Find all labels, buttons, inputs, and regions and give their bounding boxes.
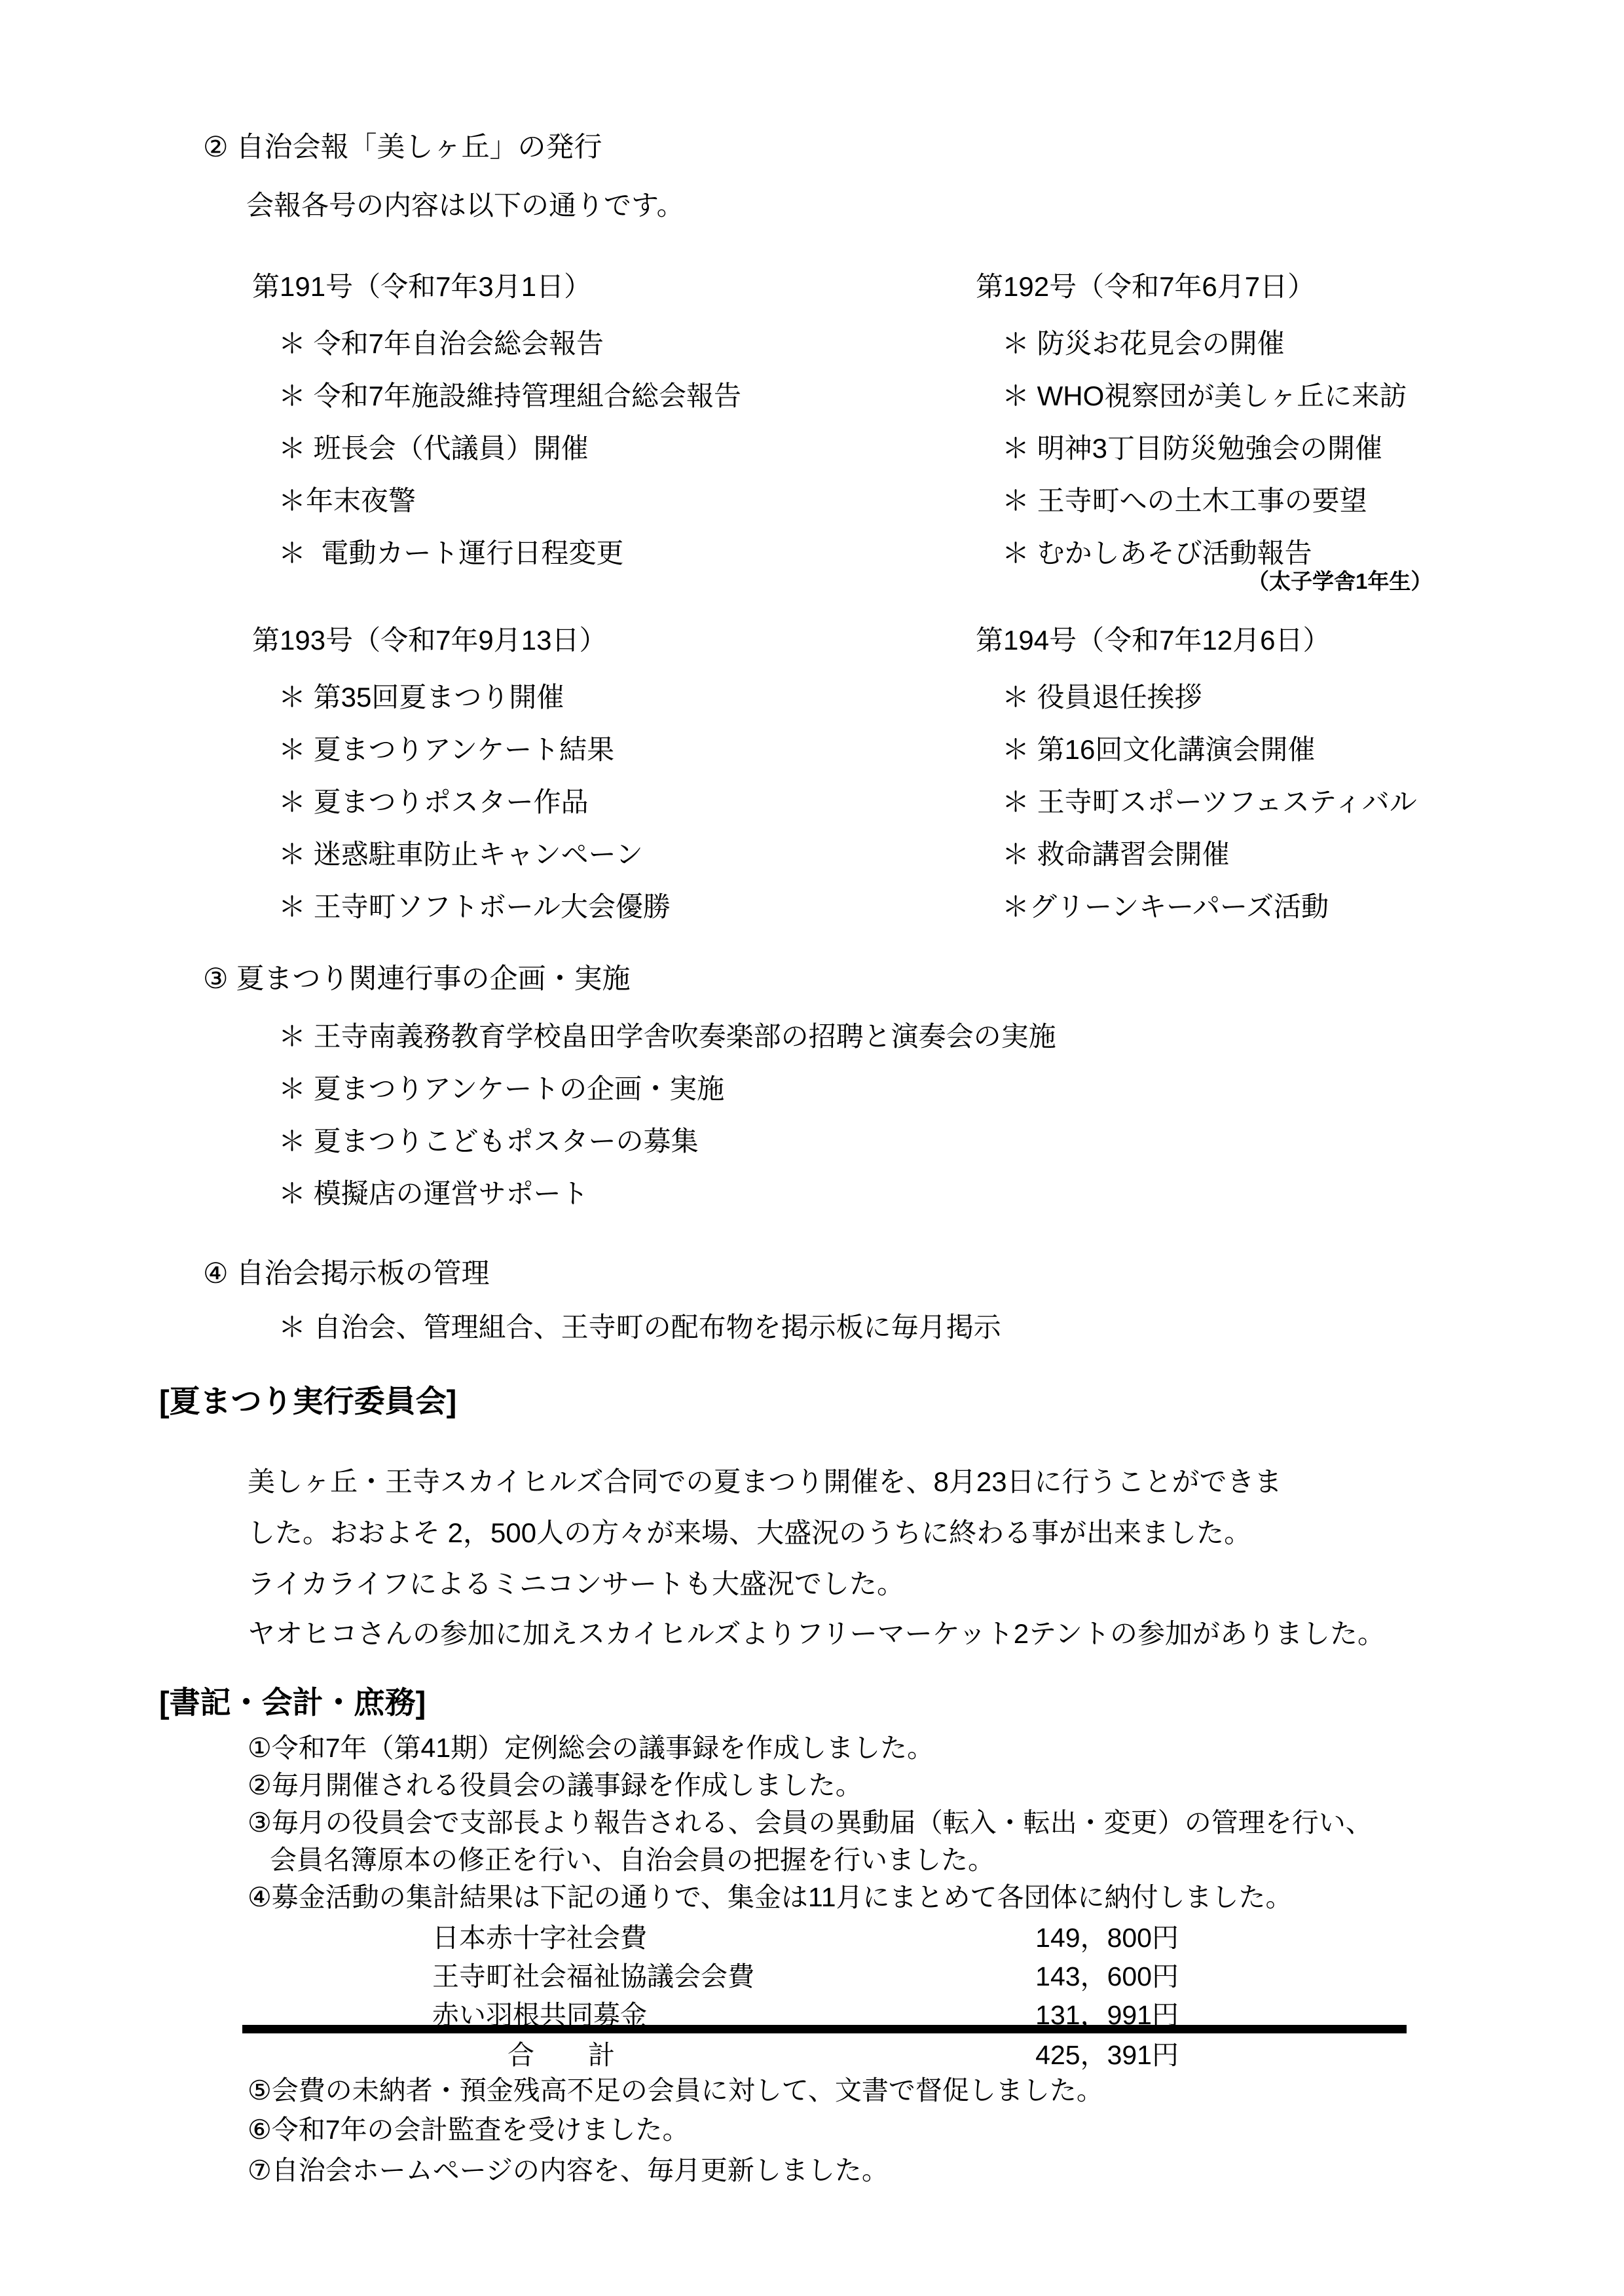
secretary-line: ⑥令和7年の会計監査を受けました。 [248, 2114, 690, 2146]
section3-item: ＊ 模擬店の運営サポート [278, 1177, 589, 1210]
secretary-line: ③毎月の役員会で支部長より報告される、会員の異動届（転入・転出・変更）の管理を行… [248, 1807, 1373, 1839]
donation-total-label: 合 計 [507, 2039, 615, 2071]
secretary-line: ⑤会費の未納者・預金残高不足の会員に対して、文書で督促しました。 [248, 2075, 1103, 2107]
committee-paragraph-line: した。おおよそ 2，500人の方々が来場、大盛況のうちに終わる事が出来ました。 [248, 1517, 1251, 1549]
issue-192-item: ＊ むかしあそび活動報告 [1002, 537, 1312, 570]
issue-192-item: ＊ 王寺町への土木工事の要望 [1002, 485, 1367, 517]
secretary-line: ①令和7年（第41期）定例総会の議事録を作成しました。 [248, 1732, 934, 1764]
committee-paragraph-line: 美しヶ丘・王寺スカイヒルズ合同での夏まつり開催を、8月23日に行うことができま [248, 1466, 1282, 1498]
issue-193-title: 第193号（令和7年9月13日） [252, 624, 607, 657]
issue-194-item: ＊ 王寺町スポーツフェスティバル [1002, 786, 1417, 819]
issue-194-item: ＊グリーンキーパーズ活動 [1002, 891, 1329, 923]
sum-rule [242, 2025, 1407, 2033]
donation-row-amount: 143，600円 [936, 1961, 1179, 1993]
issue-194-title: 第194号（令和7年12月6日） [976, 624, 1331, 657]
issue-191-item: ＊ 令和7年自治会総会報告 [278, 327, 604, 360]
issue-192-item: ＊ 防災お花見会の開催 [1002, 327, 1285, 360]
issue-191-item: ＊年末夜警 [278, 485, 416, 517]
issue-192-item: ＊ WHO視察団が美しヶ丘に来訪 [1002, 380, 1407, 413]
section4-heading: ④ 自治会掲示板の管理 [203, 1257, 490, 1291]
secretary-line: ④募金活動の集計結果は下記の通りで、集金は11月にまとめて各団体に納付しました。 [248, 1881, 1293, 1914]
issue-192-item: ＊ 明神3丁目防災勉強会の開催 [1002, 432, 1382, 465]
section2-heading: ② 自治会報「美しヶ丘」の発行 [203, 131, 602, 165]
issue-193-item: ＊ 迷惑駐車防止キャンペーン [278, 838, 643, 871]
secretary-heading: [書記・会計・庶務] [159, 1684, 426, 1721]
secretary-line: ⑦自治会ホームページの内容を、毎月更新しました。 [248, 2155, 889, 2187]
committee-heading: [夏まつり実行委員会] [159, 1383, 456, 1420]
issue-193-item: ＊ 夏まつりポスター作品 [278, 786, 589, 819]
issue-192-note: （太子学舎1年生） [1247, 568, 1432, 595]
issue-193-item: ＊ 王寺町ソフトボール大会優勝 [278, 891, 671, 923]
issue-191-item: ＊ 電動カート運行日程変更 [278, 537, 623, 570]
issue-193-item: ＊ 夏まつりアンケート結果 [278, 733, 614, 766]
donation-row-amount: 149，800円 [936, 1922, 1179, 1954]
issue-194-item: ＊ 第16回文化講演会開催 [1002, 733, 1315, 766]
issue-192-title: 第192号（令和7年6月7日） [976, 270, 1315, 303]
section3-item: ＊ 夏まつりアンケートの企画・実施 [278, 1073, 724, 1105]
issue-193-item: ＊ 第35回夏まつり開催 [278, 681, 564, 714]
issue-191-title: 第191号（令和7年3月1日） [252, 270, 591, 303]
section3-item: ＊ 夏まつりこどもポスターの募集 [278, 1125, 699, 1158]
section3-heading: ③ 夏まつり関連行事の企画・実施 [203, 963, 631, 997]
issue-191-item: ＊ 班長会（代議員）開催 [278, 432, 589, 465]
issue-191-item: ＊ 令和7年施設維持管理組合総会報告 [278, 380, 741, 413]
donation-row-label: 王寺町社会福祉協議会会費 [432, 1961, 754, 1993]
committee-paragraph-line: ライカライフによるミニコンサートも大盛況でした。 [248, 1568, 904, 1601]
issue-194-item: ＊ 役員退任挨拶 [1002, 681, 1202, 714]
secretary-line: 会員名簿原本の修正を行い、自治会員の把握を行いました。 [270, 1844, 995, 1876]
section4-item: ＊ 自治会、管理組合、王寺町の配布物を掲示板に毎月掲示 [278, 1311, 1001, 1344]
donation-total-amount: 425，391円 [936, 2039, 1179, 2071]
document-page: ② 自治会報「美しヶ丘」の発行 会報各号の内容は以下の通りです。 第191号（令… [0, 0, 1624, 2296]
section3-item: ＊ 王寺南義務教育学校畠田学舎吹奏楽部の招聘と演奏会の実施 [278, 1020, 1056, 1053]
secretary-line: ②毎月開催される役員会の議事録を作成しました。 [248, 1769, 862, 1802]
issue-194-item: ＊ 救命講習会開催 [1002, 838, 1230, 871]
committee-paragraph-line: ヤオヒコさんの参加に加えスカイヒルズよりフリーマーケット2テントの参加がありまし… [248, 1618, 1385, 1650]
section2-subheading: 会報各号の内容は以下の通りです。 [246, 189, 684, 223]
donation-row-label: 日本赤十字社会費 [432, 1922, 647, 1954]
